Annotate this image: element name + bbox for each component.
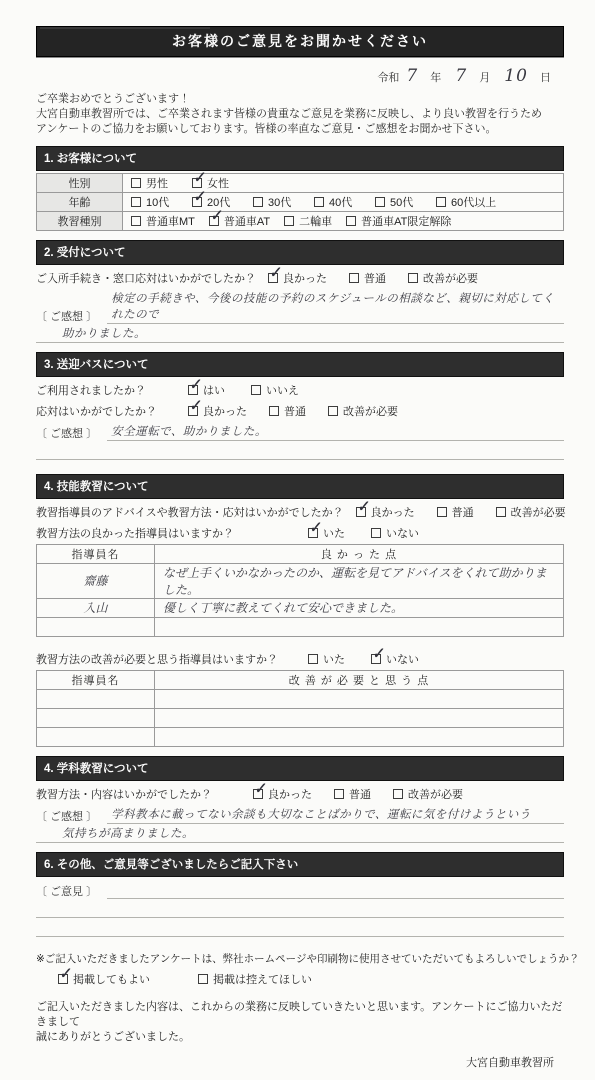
checkbox-label: 女性 xyxy=(207,175,229,191)
comment-writing-line[interactable] xyxy=(36,920,564,937)
skill-question: 教習指導員のアドバイスや教習方法・応対はいかがでしたか？ xyxy=(36,504,344,520)
checkbox-icon: ✓ xyxy=(209,216,219,226)
checkbox-publish-no[interactable]: 掲載は控えてほしい xyxy=(198,971,312,987)
greeting-line: ご卒業おめでとうございます！ xyxy=(36,92,564,107)
instructor-name-cell[interactable]: 齋藤 xyxy=(37,563,155,598)
checkbox-publish-ok[interactable]: ✓掲載してもよい xyxy=(58,971,150,987)
section-heading-other: 6. その他、ご意見等ございましたらご記入下さい xyxy=(36,852,564,877)
checkbox-age-60s[interactable]: 60代以上 xyxy=(436,194,496,210)
checkbox-reception-good[interactable]: ✓良かった xyxy=(268,270,327,286)
good-instructor-table: 指導員名 良 か っ た 点 齋藤 なぜ上手くいかなかったのか、運転を見てアドバ… xyxy=(36,544,564,637)
customer-attributes-table: 性別 男性✓女性 年齢 10代✓20代30代40代50代60代以上 教習種別 普… xyxy=(36,173,564,231)
survey-form-page: お客様のご意見をお聞かせください 令和 7 年 7 月 10 日 ご卒業おめでと… xyxy=(0,0,595,1080)
checkbox-label: 普通 xyxy=(452,504,474,520)
course-type-options-cell: 普通車MT✓普通車AT二輪車普通車AT限定解除 xyxy=(123,211,564,230)
checkbox-group-lecture: ✓良かった普通改善が必要 xyxy=(253,786,485,802)
checkbox-label: 普通車AT限定解除 xyxy=(361,213,451,229)
handwritten-comment: 学科教本に載ってない余談も大切なことばかりで、運転に気を付けようという xyxy=(111,807,531,821)
check-mark-icon: ✓ xyxy=(188,398,201,413)
checkbox-label: 普通車AT xyxy=(224,213,270,229)
checkbox-group-age: 10代✓20代30代40代50代60代以上 xyxy=(131,194,509,210)
checkbox-car-at[interactable]: ✓普通車AT xyxy=(209,213,270,229)
good-point-cell[interactable] xyxy=(155,617,564,636)
column-header-improve-point: 改 善 が 必 要 と 思 う 点 xyxy=(155,670,564,689)
check-mark-icon: ✓ xyxy=(356,499,369,514)
bus-used-question-line: ご利用されましたか？ ✓はいいいえ xyxy=(36,382,564,398)
closing-line: 誠にありがとうございました。 xyxy=(36,1030,564,1045)
checkbox-label: いた xyxy=(323,651,345,667)
section-heading-skill: 4. 技能教習について xyxy=(36,474,564,499)
checkbox-icon: ✓ xyxy=(188,406,198,416)
checkbox-icon: ✓ xyxy=(188,385,198,395)
checkbox-label: 良かった xyxy=(371,504,415,520)
handwritten-comment: 安全運転で、助かりました。 xyxy=(111,424,267,438)
checkbox-icon xyxy=(375,197,385,207)
checkbox-group-course-type: 普通車MT✓普通車AT二輪車普通車AT限定解除 xyxy=(131,213,465,229)
checkbox-at-limit-removal[interactable]: 普通車AT限定解除 xyxy=(346,213,451,229)
comment-writing-line[interactable] xyxy=(107,882,564,899)
table-row xyxy=(37,689,564,708)
improve-point-cell[interactable] xyxy=(155,708,564,727)
table-row-age: 年齢 10代✓20代30代40代50代60代以上 xyxy=(37,192,564,211)
good-point-cell[interactable]: なぜ上手くいかなかったのか、運転を見てアドバイスをくれて助かりました。 xyxy=(155,563,564,598)
publish-options-line: ✓掲載してもよい掲載は控えてほしい xyxy=(58,971,564,987)
checkbox-label: 60代以上 xyxy=(451,194,496,210)
date-era-label: 令和 xyxy=(377,72,399,84)
improve-point-cell[interactable] xyxy=(155,689,564,708)
table-row-gender: 性別 男性✓女性 xyxy=(37,173,564,192)
closing-line: ご記入いただきました内容は、これからの業務に反映していきたいと思います。アンケー… xyxy=(36,1000,564,1031)
comment-writing-line[interactable] xyxy=(36,901,564,918)
checkbox-icon xyxy=(328,406,338,416)
check-mark-icon: ✓ xyxy=(268,265,281,280)
comment-writing-line[interactable]: 安全運転で、助かりました。 xyxy=(107,423,564,441)
table-row: 入山 優しく丁寧に教えてくれて安心できました。 xyxy=(37,598,564,617)
checkbox-icon xyxy=(349,273,359,283)
checkbox-label: 改善が必要 xyxy=(423,270,478,286)
comment-writing-line[interactable] xyxy=(36,443,564,460)
comment-writing-line[interactable]: 学科教本に載ってない余談も大切なことばかりで、運転に気を付けようという xyxy=(107,806,564,824)
checkbox-motorcycle[interactable]: 二輪車 xyxy=(284,213,332,229)
checkbox-group-bus-service: ✓良かった普通改善が必要 xyxy=(188,403,420,419)
date-line: 令和 7 年 7 月 10 日 xyxy=(36,66,558,86)
bus-comment-row: 〔 ご感想 〕 安全運転で、助かりました。 xyxy=(36,423,564,441)
checkbox-icon xyxy=(334,789,344,799)
row-label-gender: 性別 xyxy=(37,173,123,192)
good-point-cell[interactable]: 優しく丁寧に教えてくれて安心できました。 xyxy=(155,598,564,617)
checkbox-label: 30代 xyxy=(268,194,291,210)
checkbox-icon: ✓ xyxy=(356,507,366,517)
check-mark-icon: ✓ xyxy=(192,189,205,204)
checkbox-icon xyxy=(408,273,418,283)
checkbox-lecture-good[interactable]: ✓良かった xyxy=(253,786,312,802)
checkbox-icon xyxy=(251,385,261,395)
check-mark-icon: ✓ xyxy=(209,208,222,223)
comment-label: 〔 ご感想 〕 xyxy=(36,425,107,441)
checkbox-label: いた xyxy=(323,525,345,541)
checkbox-age-50s[interactable]: 50代 xyxy=(375,194,423,210)
row-label-age: 年齢 xyxy=(37,192,123,211)
section-heading-customer: 1. お客様について xyxy=(36,146,564,171)
instructor-name-cell[interactable] xyxy=(37,617,155,636)
reception-question-line: ご入所手続き・窓口応対はいかがでしたか？ ✓良かった普通改善が必要 xyxy=(36,270,564,286)
comment-writing-line[interactable]: 気持ちが高まりました。 xyxy=(36,825,564,843)
checkbox-label: 40代 xyxy=(329,194,352,210)
checkbox-good-instructor-no[interactable]: いない xyxy=(371,525,419,541)
checkbox-improve-instructor-yes[interactable]: いた xyxy=(308,651,345,667)
date-month-unit: 月 xyxy=(479,72,490,84)
checkbox-label: 普通 xyxy=(284,403,306,419)
check-mark-icon: ✓ xyxy=(192,170,205,185)
checkbox-icon xyxy=(131,216,141,226)
checkbox-age-40s[interactable]: 40代 xyxy=(314,194,362,210)
instructor-name-cell[interactable] xyxy=(37,708,155,727)
checkbox-reception-normal[interactable]: 普通 xyxy=(349,270,386,286)
scan-artifact-line xyxy=(40,27,210,29)
checkbox-bus-improve[interactable]: 改善が必要 xyxy=(328,403,398,419)
checkbox-bus-normal[interactable]: 普通 xyxy=(269,403,306,419)
checkbox-label: 10代 xyxy=(146,194,169,210)
checkbox-lecture-improve[interactable]: 改善が必要 xyxy=(393,786,463,802)
table-header-row: 指導員名 良 か っ た 点 xyxy=(37,544,564,563)
checkbox-bus-used-no[interactable]: いいえ xyxy=(251,382,299,398)
checkbox-icon: ✓ xyxy=(268,273,278,283)
table-row: 齋藤 なぜ上手くいかなかったのか、運転を見てアドバイスをくれて助かりました。 xyxy=(37,563,564,598)
checkbox-age-10s[interactable]: 10代 xyxy=(131,194,179,210)
publish-permission-question: ※ご記入いただきましたアンケートは、弊社ホームページや印刷物に使用させていただい… xyxy=(36,951,564,966)
checkbox-group-skill: ✓良かった普通改善が必要 xyxy=(356,504,588,520)
comment-label: 〔 ご意見 〕 xyxy=(36,883,107,899)
comment-label: 〔 ご感想 〕 xyxy=(36,308,107,324)
checkbox-group-publish: ✓掲載してもよい掲載は控えてほしい xyxy=(58,971,360,987)
checkbox-male[interactable]: 男性 xyxy=(131,175,179,191)
checkbox-icon xyxy=(436,197,446,207)
checkbox-label: いいえ xyxy=(266,382,299,398)
checkbox-label: はい xyxy=(203,382,225,398)
checkbox-skill-normal[interactable]: 普通 xyxy=(437,504,474,520)
table-row-course-type: 教習種別 普通車MT✓普通車AT二輪車普通車AT限定解除 xyxy=(37,211,564,230)
checkbox-label: いない xyxy=(386,651,419,667)
row-label-course-type: 教習種別 xyxy=(37,211,123,230)
handwritten-name: 入山 xyxy=(83,601,107,615)
good-instructor-question: 教習方法の良かった指導員はいますか？ xyxy=(36,525,308,541)
checkbox-label: 改善が必要 xyxy=(343,403,398,419)
handwritten-comment: 助かりました。 xyxy=(62,326,146,340)
lecture-question: 教習方法・内容はいかがでしたか？ xyxy=(36,786,253,802)
check-mark-icon: ✓ xyxy=(308,520,321,535)
check-mark-icon: ✓ xyxy=(58,966,71,981)
checkbox-group-reception: ✓良かった普通改善が必要 xyxy=(268,270,500,286)
date-month-value[interactable]: 7 xyxy=(451,66,471,86)
checkbox-icon xyxy=(437,507,447,517)
reception-comment-row: 〔 ご感想 〕 検定の手続きや、今後の技能の予約のスケジュールの相談など、親切に… xyxy=(36,290,564,324)
section-heading-reception: 2. 受付について xyxy=(36,240,564,265)
column-header-instructor-name: 指導員名 xyxy=(37,670,155,689)
checkbox-label: 普通車MT xyxy=(146,213,195,229)
date-year-unit: 年 xyxy=(430,72,441,84)
comment-label: 〔 ご感想 〕 xyxy=(36,808,107,824)
skill-question-line: 教習指導員のアドバイスや教習方法・応対はいかがでしたか？ ✓良かった普通改善が必… xyxy=(36,504,564,520)
checkbox-icon: ✓ xyxy=(253,789,263,799)
checkbox-car-mt[interactable]: 普通車MT xyxy=(131,213,195,229)
greeting-line: アンケートのご協力をお願いしております。皆様の率直なご意見・ご感想をお聞かせ下さ… xyxy=(36,122,564,137)
handwritten-comment: なぜ上手くいかなかったのか、運転を見てアドバイスをくれて助かりました。 xyxy=(163,566,547,597)
checkbox-bus-good[interactable]: ✓良かった xyxy=(188,403,247,419)
checkbox-label: 良かった xyxy=(268,786,312,802)
instructor-name-cell[interactable] xyxy=(37,689,155,708)
greeting-text: ご卒業おめでとうございます！ 大宮自動車教習所では、ご卒業されます皆様の貴重なご… xyxy=(36,92,564,137)
checkbox-label: 改善が必要 xyxy=(408,786,463,802)
table-row xyxy=(37,617,564,636)
instructor-name-cell[interactable]: 入山 xyxy=(37,598,155,617)
checkbox-icon xyxy=(284,216,294,226)
check-mark-icon: ✓ xyxy=(253,781,266,796)
checkbox-group-good-instructor: ✓いたいない xyxy=(308,525,445,541)
table-row xyxy=(37,708,564,727)
bus-service-question: 応対はいかがでしたか？ xyxy=(36,403,188,419)
comment-writing-line[interactable]: 検定の手続きや、今後の技能の予約のスケジュールの相談など、親切に対応してくれたの… xyxy=(107,290,564,324)
check-mark-icon: ✓ xyxy=(371,646,384,661)
checkbox-icon: ✓ xyxy=(371,654,381,664)
bus-service-question-line: 応対はいかがでしたか？ ✓良かった普通改善が必要 xyxy=(36,403,564,419)
checkbox-icon xyxy=(314,197,324,207)
checkbox-icon xyxy=(393,789,403,799)
column-header-instructor-name: 指導員名 xyxy=(37,544,155,563)
column-header-good-point: 良 か っ た 点 xyxy=(155,544,564,563)
section-heading-lecture: 4. 学科教習について xyxy=(36,756,564,781)
greeting-line: 大宮自動車教習所では、ご卒業されます皆様の貴重なご意見を業務に反映し、より良い教… xyxy=(36,107,564,122)
checkbox-good-instructor-yes[interactable]: ✓いた xyxy=(308,525,345,541)
date-day-unit: 日 xyxy=(540,72,551,84)
checkbox-improve-instructor-no[interactable]: ✓いない xyxy=(371,651,419,667)
checkbox-icon xyxy=(308,654,318,664)
checkbox-bus-used-yes[interactable]: ✓はい xyxy=(188,382,225,398)
school-signature: 大宮自動車教習所 xyxy=(36,1054,554,1070)
checkbox-label: 男性 xyxy=(146,175,168,191)
checkbox-lecture-normal[interactable]: 普通 xyxy=(334,786,371,802)
good-instructor-question-line: 教習方法の良かった指導員はいますか？ ✓いたいない xyxy=(36,525,564,541)
checkbox-label: 普通 xyxy=(349,786,371,802)
checkbox-icon xyxy=(253,197,263,207)
lecture-comment-row: 〔 ご感想 〕 学科教本に載ってない余談も大切なことばかりで、運転に気を付けよう… xyxy=(36,806,564,824)
lecture-question-line: 教習方法・内容はいかがでしたか？ ✓良かった普通改善が必要 xyxy=(36,786,564,802)
checkbox-label: 掲載してもよい xyxy=(73,971,150,987)
improve-instructor-table: 指導員名 改 善 が 必 要 と 思 う 点 xyxy=(36,670,564,747)
checkbox-label: 掲載は控えてほしい xyxy=(213,971,312,987)
age-options-cell: 10代✓20代30代40代50代60代以上 xyxy=(123,192,564,211)
checkbox-reception-improve[interactable]: 改善が必要 xyxy=(408,270,478,286)
gender-options-cell: 男性✓女性 xyxy=(123,173,564,192)
improve-instructor-question-line: 教習方法の改善が必要と思う指導員はいますか？ いた✓いない xyxy=(36,651,564,667)
checkbox-icon xyxy=(198,974,208,984)
checkbox-group-bus-used: ✓はいいいえ xyxy=(188,382,325,398)
reception-question: ご入所手続き・窓口応対はいかがでしたか？ xyxy=(36,270,256,286)
checkbox-icon xyxy=(496,507,506,517)
checkbox-label: 普通 xyxy=(364,270,386,286)
bus-used-question: ご利用されましたか？ xyxy=(36,382,188,398)
checkbox-label: 二輪車 xyxy=(299,213,332,229)
checkbox-icon: ✓ xyxy=(192,197,202,207)
table-row xyxy=(37,727,564,746)
checkbox-icon xyxy=(346,216,356,226)
checkbox-icon: ✓ xyxy=(192,178,202,188)
checkbox-label: 良かった xyxy=(283,270,327,286)
improve-instructor-question: 教習方法の改善が必要と思う指導員はいますか？ xyxy=(36,651,308,667)
checkbox-icon xyxy=(371,528,381,538)
checkbox-group-gender: 男性✓女性 xyxy=(131,175,253,191)
checkbox-icon: ✓ xyxy=(308,528,318,538)
checkbox-label: 改善が必要 xyxy=(511,504,566,520)
form-title: お客様のご意見をお聞かせください xyxy=(36,26,564,57)
table-header-row: 指導員名 改 善 が 必 要 と 思 う 点 xyxy=(37,670,564,689)
checkbox-skill-good[interactable]: ✓良かった xyxy=(356,504,415,520)
comment-writing-line[interactable]: 助かりました。 xyxy=(36,325,564,343)
handwritten-comment: 優しく丁寧に教えてくれて安心できました。 xyxy=(163,601,403,615)
checkbox-icon xyxy=(131,178,141,188)
checkbox-label: いない xyxy=(386,525,419,541)
closing-message: ご記入いただきました内容は、これからの業務に反映していきたいと思います。アンケー… xyxy=(36,1000,564,1046)
checkbox-age-30s[interactable]: 30代 xyxy=(253,194,301,210)
form-footer: ※ご記入いただきましたアンケートは、弊社ホームページや印刷物に使用させていただい… xyxy=(36,951,564,1070)
check-mark-icon: ✓ xyxy=(188,377,201,392)
checkbox-group-improve-instructor: いた✓いない xyxy=(308,651,445,667)
checkbox-label: 良かった xyxy=(203,403,247,419)
other-comment-row: 〔 ご意見 〕 xyxy=(36,881,564,899)
checkbox-label: 50代 xyxy=(390,194,413,210)
handwritten-comment: 気持ちが高まりました。 xyxy=(62,826,194,840)
date-year-value[interactable]: 7 xyxy=(402,66,422,86)
checkbox-icon xyxy=(131,197,141,207)
date-day-value[interactable]: 10 xyxy=(500,66,532,86)
instructor-name-cell[interactable] xyxy=(37,727,155,746)
handwritten-name: 齋藤 xyxy=(83,574,107,588)
improve-point-cell[interactable] xyxy=(155,727,564,746)
section-heading-bus: 3. 送迎バスについて xyxy=(36,352,564,377)
checkbox-skill-improve[interactable]: 改善が必要 xyxy=(496,504,566,520)
handwritten-comment: 検定の手続きや、今後の技能の予約のスケジュールの相談など、親切に対応してくれたの… xyxy=(111,291,554,321)
checkbox-icon: ✓ xyxy=(58,974,68,984)
checkbox-icon xyxy=(269,406,279,416)
